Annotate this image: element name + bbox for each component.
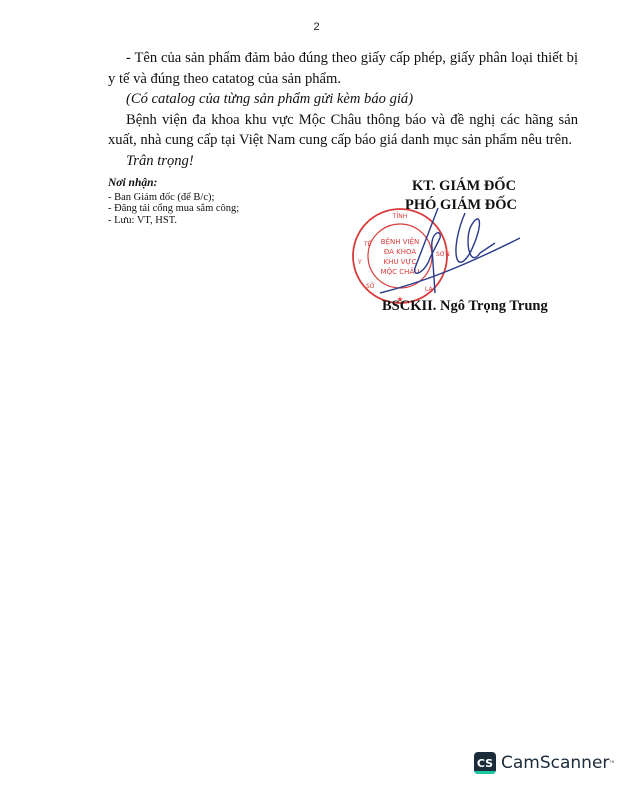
signer-name: BSCKII. Ngô Trọng Trung [382,298,548,315]
paragraph-closing: Trân trọng! [108,151,578,172]
signature-title-1: KT. GIÁM ĐỐC [412,178,516,195]
trademark-symbol: ™ [609,761,614,766]
recipient-item: - Đăng tải cổng mua sắm công; [108,203,239,215]
paragraph-product-name: - Tên của sản phẩm đảm bảo đúng theo giấ… [108,48,578,89]
letter-body: - Tên của sản phẩm đảm bảo đúng theo giấ… [108,48,578,172]
recipients-block: Nơi nhận: - Ban Giám đốc (để B/c); - Đăn… [108,178,239,226]
handwritten-signature-icon [370,198,550,308]
camscanner-text: CamScanner [501,753,609,773]
recipient-item: - Ban Giám đốc (để B/c); [108,192,239,204]
recipients-heading: Nơi nhận: [108,178,239,190]
camscanner-logo-icon: CS [474,752,496,774]
camscanner-watermark: CS CamScanner ™ [474,752,614,774]
svg-text:Y: Y [357,259,362,266]
page-number: 2 [0,21,633,33]
paragraph-catalog-note: (Có catalog của từng sản phẩm gửi kèm bá… [108,89,578,110]
paragraph-request: Bệnh viện đa khoa khu vực Mộc Châu thông… [108,110,578,151]
recipient-item: - Lưu: VT, HST. [108,215,239,227]
